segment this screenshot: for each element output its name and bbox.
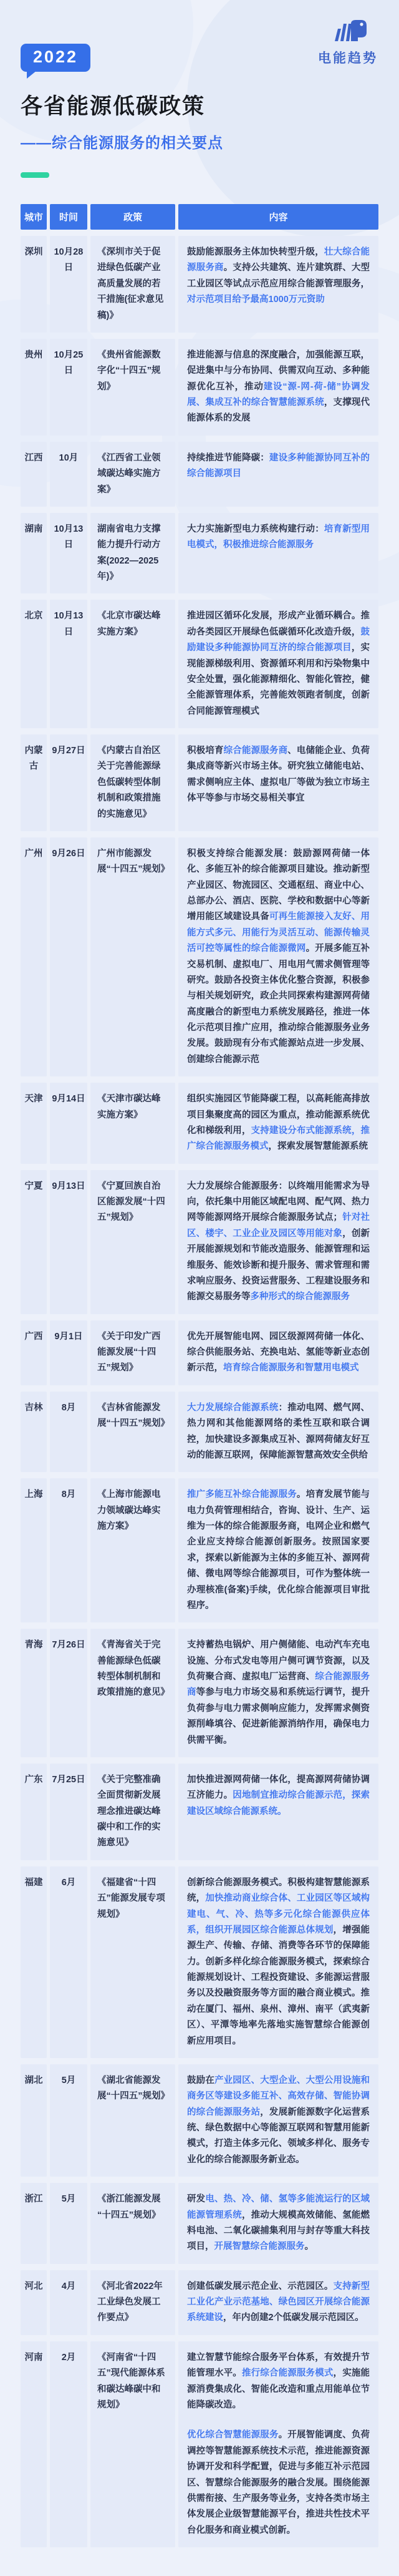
policy-cell: 《上海市能源电力领域碳达峰实施方案》 [90, 1478, 175, 1622]
policy-cell: 《湖北省能源发展“十四五”规划》 [90, 2064, 175, 2177]
body-text: ，年内创建2个低碳发展示范园区。 [223, 2313, 364, 2323]
content-paragraph: 加快推进源网荷储一体化，提高源网荷储协调互济能力。因地制宜推动综合能源示范，探索… [187, 1772, 370, 1820]
body-text: ，实现能源梯级利用、资源循环利用和污染物集中安全处置，强化能源精细化、智能化管控… [187, 643, 370, 716]
table-row: 福建6月《福建省“十四五”能源发展专项规划》创新综合能源服务模式。积极构建智慧能… [21, 1866, 378, 2058]
table-row: 宁夏9月13日《宁夏回族自治区能源发展“十四五”规划》大力发展综合能源服务：以终… [21, 1170, 378, 1314]
content-cell: 组织实施园区节能降碳工程，以高耗能高排放项目集聚度高的园区为重点，推动能源系统优… [178, 1083, 378, 1164]
policy-cell: 《河北省2022年工业绿色发展工作要点》 [90, 2270, 175, 2335]
content-paragraph: 优化综合智慧能源服务。开展智能调度、负荷调控等智慧能源系统技术示范，推进能源资源… [187, 2427, 370, 2539]
policy-cell: 《河南省“十四五”现代能源体系和碳达峰碳中和规划》 [90, 2341, 175, 2547]
policy-cell: 《深圳市关于促进绿色低碳产业高质量发展的若干措施(征求意见稿)》 [90, 236, 175, 333]
city-cell: 湖北 [21, 2064, 47, 2177]
date-cell: 10月 [50, 442, 87, 507]
table-row: 内蒙古9月27日《内蒙古自治区关于完善能源绿色低碳转型体制机制和政策措施的实施意… [21, 734, 378, 831]
content-paragraph: 大力发展综合能源系统：推动电网、燃气网、热力网和其他能源网络的柔性互联和联合调控… [187, 1400, 370, 1464]
city-cell: 贵州 [21, 339, 47, 436]
body-text: 鼓励在 [187, 2076, 214, 2086]
content-paragraph: 推广多能互补综合能源服务。培育发展节能与电力负荷管理相结合，咨询、设计、生产、运… [187, 1487, 370, 1614]
table-row: 上海8月《上海市能源电力领域碳达峰实施方案》推广多能互补综合能源服务。培育发展节… [21, 1478, 378, 1622]
date-cell: 4月 [50, 2270, 87, 2335]
body-text: 积极培育 [187, 746, 224, 756]
content-cell: 大力发展综合能源系统：推动电网、燃气网、热力网和其他能源网络的柔性互联和联合调控… [178, 1392, 378, 1473]
content-cell: 创新综合能源服务模式。积极构建智慧能源系统，加快推动商业综合体、工业园区等区域构… [178, 1866, 378, 2058]
highlighted-text: 推广多能互补综合能源服务 [187, 1490, 297, 1500]
content-cell: 积极培育综合能源服务商、电储能企业、负荷集成商等新兴市场主体。研究独立储能电站、… [178, 734, 378, 831]
highlighted-text: 开展智慧综合能源服务 [214, 2242, 305, 2252]
content-cell: 加快推进源网荷储一体化，提高源网荷储协调互济能力。因地制宜推动综合能源示范，探索… [178, 1764, 378, 1860]
content-cell: 优先开展智能电网、园区级源网荷储一体化、综合供能服务站、充换电站、氢能等新业态创… [178, 1320, 378, 1385]
table-row: 浙江5月《浙江能源发展 “十四五”规划》研发电、热、冷、储、氢等多能流运行的区域… [21, 2183, 378, 2264]
body-text: 积极支持综合能源发展：鼓励源网荷储一体化、多能互补的综合能源项目建设。推动新型产… [187, 849, 370, 922]
city-cell: 广西 [21, 1320, 47, 1385]
content-paragraph: 大力发展综合能源服务：以终端用能需求为导向，依托集中用能区域配电网、配气网、热力… [187, 1179, 370, 1305]
policy-cell: 《天津市碳达峰实施方案》 [90, 1083, 175, 1164]
content-paragraph: 研发电、热、冷、储、氢等多能流运行的区域能源管理系统，推动大规模高效储能、氢能燃… [187, 2192, 370, 2255]
policy-cell: 《关于完整准确全面贯彻新发展理念推进碳达峰碳中和工作的实施意见》 [90, 1764, 175, 1860]
table-row: 河北4月《河北省2022年工业绿色发展工作要点》创建低碳发展示范企业、示范园区。… [21, 2270, 378, 2335]
page-title: 各省能源低碳政策 [21, 89, 305, 120]
policy-cell: 《关于印发广西能源发展“十四五”规划》 [90, 1320, 175, 1385]
highlighted-text: 对示范项目给予最高1000万元资助 [187, 295, 325, 305]
year-badge: 2022 [21, 44, 90, 72]
date-cell: 2月 [50, 2341, 87, 2547]
body-text: 鼓励能源服务主体加快转型升级， [187, 247, 324, 257]
table-row: 广西9月1日《关于印发广西能源发展“十四五”规划》优先开展智能电网、园区级源网荷… [21, 1320, 378, 1385]
highlighted-text: 培育综合能源服务和智慧用电模式 [223, 1363, 359, 1373]
green-accent-bar [21, 172, 49, 178]
content-paragraph: 鼓励能源服务主体加快转型升级，壮大综合能源服务商。支持公共建筑、连片建筑群、大型… [187, 245, 370, 308]
policy-cell: 《北京市碳达峰实施方案》 [90, 600, 175, 728]
table-body: 深圳10月28日《深圳市关于促进绿色低碳产业高质量发展的若干措施(征求意见稿)》… [21, 236, 378, 2547]
table-row: 湖北5月《湖北省能源发展“十四五”规划》鼓励在产业园区、大型企业、大型公用设施和… [21, 2064, 378, 2177]
content-paragraph: 鼓励在产业园区、大型企业、大型公用设施和商务区等建设多能互补、高效存储、智能协调… [187, 2073, 370, 2168]
content-cell: 支持蓄热电锅炉、用户侧储能、电动汽车充电设施、分布式发电等用户侧可调节资源，以及… [178, 1629, 378, 1757]
body-text: 。培育发展节能与电力负荷管理相结合，咨询、设计、生产、运维为一体的综合能源服务商… [187, 1490, 370, 1611]
body-text: 创建低碳发展示范企业、示范园区。 [187, 2281, 334, 2291]
content-paragraph: 持续推进节能降碳：建设多种能源协同互补的综合能源项目 [187, 451, 370, 482]
highlighted-text: 推行综合能源服务模式 [242, 2368, 334, 2378]
body-text: 研发 [187, 2194, 205, 2204]
content-paragraph: 优先开展智能电网、园区级源网荷储一体化、综合供能服务站、充换电站、氢能等新业态创… [187, 1329, 370, 1377]
policy-cell: 《福建省“十四五”能源发展专项规划》 [90, 1866, 175, 2058]
city-cell: 天津 [21, 1083, 47, 1164]
date-cell: 5月 [50, 2064, 87, 2177]
date-cell: 7月25日 [50, 1764, 87, 1860]
body-text: 。 [305, 2242, 314, 2252]
content-paragraph: 积极支持综合能源发展：鼓励源网荷储一体化、多能互补的综合能源项目建设。推动新型产… [187, 846, 370, 1068]
content-paragraph: 创建低碳发展示范企业、示范园区。支持新型工业化产业示范基地、绿色园区开展综合能源… [187, 2279, 370, 2326]
content-paragraph: 推进园区循环化发展，形成产业循环耦合。推动各类园区开展绿色低碳循环化改造升级，鼓… [187, 608, 370, 720]
policy-table: 城市时间政策内容 深圳10月28日《深圳市关于促进绿色低碳产业高质量发展的若干措… [21, 204, 378, 2547]
highlighted-text: 大力发展综合能源系统 [187, 1403, 279, 1413]
table-row: 河南2月《河南省“十四五”现代能源体系和碳达峰碳中和规划》建立智慧节能综合服务平… [21, 2341, 378, 2547]
city-cell: 河北 [21, 2270, 47, 2335]
date-cell: 5月 [50, 2183, 87, 2264]
date-cell: 9月14日 [50, 1083, 87, 1164]
city-cell: 福建 [21, 1866, 47, 2058]
table-row: 青海7月26日《青海省关于完善能源绿色低碳转型体制机制和政策措施的意见》支持蓄热… [21, 1629, 378, 1757]
city-cell: 吉林 [21, 1392, 47, 1473]
city-cell: 湖南 [21, 513, 47, 594]
body-text: 等参与电力市场交易和系统运行调节，提升负荷参与电力需求侧响应能力，发挥需求侧资源… [187, 1687, 370, 1745]
highlighted-text: 多种形式的综合能源服务 [251, 1292, 350, 1302]
policy-cell: 《江西省工业领域碳达峰实施方案》 [90, 442, 175, 507]
city-cell: 广东 [21, 1764, 47, 1860]
content-cell: 推广多能互补综合能源服务。培育发展节能与电力负荷管理相结合，咨询、设计、生产、运… [178, 1478, 378, 1622]
city-cell: 北京 [21, 600, 47, 728]
city-cell: 青海 [21, 1629, 47, 1757]
content-paragraph: 大力实施新型电力系统构建行动：培育新型用电模式，积极推进综合能源服务 [187, 522, 370, 554]
body-text: ，探索发展智慧能源系统 [269, 1141, 368, 1151]
date-cell: 8月 [50, 1392, 87, 1473]
table-row: 贵州10月25日《贵州省能源数字化“十四五”规划》推进能源与信息的深度融合，加强… [21, 339, 378, 436]
content-paragraph: 推进能源与信息的深度融合，加强能源互联，促进集中与分布协同、供需双向互动、多种能… [187, 348, 370, 427]
date-cell: 10月25日 [50, 339, 87, 436]
body-text: ，创新开展能源规划和节能改造服务、能源管理和运维服务、能效诊断和提升服务、需求管… [187, 1229, 370, 1302]
date-cell: 10月28日 [50, 236, 87, 333]
policy-cell: 《宁夏回族自治区能源发展“十四五”规划》 [90, 1170, 175, 1314]
content-cell: 创建低碳发展示范企业、示范园区。支持新型工业化产业示范基地、绿色园区开展综合能源… [178, 2270, 378, 2335]
table-row: 广州9月26日广州市能源发展“十四五”规划》积极支持综合能源发展：鼓励源网荷储一… [21, 837, 378, 1076]
city-cell: 宁夏 [21, 1170, 47, 1314]
content-cell: 大力发展综合能源服务：以终端用能需求为导向，依托集中用能区域配电网、配气网、热力… [178, 1170, 378, 1314]
content-cell: 推进能源与信息的深度融合，加强能源互联，促进集中与分布协同、供需双向互动、多种能… [178, 339, 378, 436]
city-cell: 广州 [21, 837, 47, 1076]
content-cell: 推进园区循环化发展，形成产业循环耦合。推动各类园区开展绿色低碳循环化改造升级，鼓… [178, 600, 378, 728]
content-paragraph: 组织实施园区节能降碳工程，以高耗能高排放项目集聚度高的园区为重点，推动能源系统优… [187, 1091, 370, 1155]
date-cell: 9月1日 [50, 1320, 87, 1385]
policy-cell: 《青海省关于完善能源绿色低碳转型体制机制和政策措施的意见》 [90, 1629, 175, 1757]
table-row: 北京10月13日《北京市碳达峰实施方案》推进园区循环化发展，形成产业循环耦合。推… [21, 600, 378, 728]
highlighted-text: 综合能源服务商 [224, 746, 288, 756]
date-cell: 8月 [50, 1478, 87, 1622]
city-cell: 江西 [21, 442, 47, 507]
content-cell: 大力实施新型电力系统构建行动：培育新型用电模式，积极推进综合能源服务 [178, 513, 378, 594]
city-cell: 深圳 [21, 236, 47, 333]
content-cell: 鼓励在产业园区、大型企业、大型公用设施和商务区等建设多能互补、高效存储、智能协调… [178, 2064, 378, 2177]
body-text: 推进园区循环化发展，形成产业循环耦合。推动各类园区开展绿色低碳循环化改造升级， [187, 611, 370, 637]
body-text: 。开展多能互补交易机制、虚拟电厂、用电用气需求侧管理等研究。鼓励各投资主体优化整… [187, 944, 370, 1065]
policy-cell: 《吉林省能源发展“十四五”规划》 [90, 1392, 175, 1473]
content-cell: 鼓励能源服务主体加快转型升级，壮大综合能源服务商。支持公共建筑、连片建筑群、大型… [178, 236, 378, 333]
content-cell: 持续推进节能降碳：建设多种能源协同互补的综合能源项目 [178, 442, 378, 507]
policy-cell: 《内蒙古自治区关于完善能源绿色低碳转型体制机制和政策措施的实施意见》 [90, 734, 175, 831]
content-cell: 积极支持综合能源发展：鼓励源网荷储一体化、多能互补的综合能源项目建设。推动新型产… [178, 837, 378, 1076]
date-cell: 9月27日 [50, 734, 87, 831]
column-header: 内容 [178, 204, 378, 230]
policy-cell: 湖南省电力支撑能力提升行动方案(2022—2025年)》 [90, 513, 175, 594]
table-row: 广东7月25日《关于完整准确全面贯彻新发展理念推进碳达峰碳中和工作的实施意见》加… [21, 1764, 378, 1860]
column-header: 时间 [50, 204, 87, 230]
content-paragraph: 支持蓄热电锅炉、用户侧储能、电动汽车充电设施、分布式发电等用户侧可调节资源，以及… [187, 1637, 370, 1749]
body-text: 大力实施新型电力系统构建行动： [187, 524, 324, 534]
date-cell: 9月26日 [50, 837, 87, 1076]
content-paragraph: 积极培育综合能源服务商、电储能企业、负荷集成商等新兴市场主体。研究独立储能电站、… [187, 743, 370, 807]
city-cell: 河南 [21, 2341, 47, 2547]
city-cell: 内蒙古 [21, 734, 47, 831]
policy-cell: 广州市能源发展“十四五”规划》 [90, 837, 175, 1076]
policy-cell: 《贵州省能源数字化“十四五”规划》 [90, 339, 175, 436]
highlighted-text: 优化综合智慧能源服务 [187, 2430, 279, 2440]
body-text: 。开展智能调度、负荷调控等智慧能源系统技术示范，推进能源资源协调开发和科学配置，… [187, 2430, 370, 2535]
content-cell: 建立智慧节能综合服务平台体系，有效提升节能管理水平。推行综合能源服务模式，实施能… [178, 2341, 378, 2547]
table-row: 江西10月《江西省工业领域碳达峰实施方案》持续推进节能降碳：建设多种能源协同互补… [21, 442, 378, 507]
table-header: 城市时间政策内容 [21, 204, 378, 230]
content-paragraph: 创新综合能源服务模式。积极构建智慧能源系统，加快推动商业综合体、工业园区等区域构… [187, 1875, 370, 2049]
date-cell: 10月13日 [50, 600, 87, 728]
table-row: 湖南10月13日湖南省电力支撑能力提升行动方案(2022—2025年)》大力实施… [21, 513, 378, 594]
body-text: ，增强能源生产、传输、存储、消费等各环节的保障能力。创新多样化综合能源服务模式，… [187, 1925, 370, 2046]
content-paragraph: 建立智慧节能综合服务平台体系，有效提升节能管理水平。推行综合能源服务模式，实施能… [187, 2350, 370, 2414]
city-cell: 上海 [21, 1478, 47, 1622]
column-header: 城市 [21, 204, 47, 230]
page-subtitle: ——综合能源服务的相关要点 [21, 130, 305, 152]
city-cell: 浙江 [21, 2183, 47, 2264]
content-cell: 研发电、热、冷、储、氢等多能流运行的区域能源管理系统，推动大规模高效储能、氢能燃… [178, 2183, 378, 2264]
date-cell: 7月26日 [50, 1629, 87, 1757]
header-section: 2022 各省能源低碳政策 ——综合能源服务的相关要点 [0, 0, 399, 178]
body-text: 持续推进节能降碳： [187, 453, 269, 463]
table-row: 深圳10月28日《深圳市关于促进绿色低碳产业高质量发展的若干措施(征求意见稿)》… [21, 236, 378, 333]
date-cell: 10月13日 [50, 513, 87, 594]
table-row: 天津9月14日《天津市碳达峰实施方案》组织实施园区节能降碳工程，以高耗能高排放项… [21, 1083, 378, 1164]
date-cell: 6月 [50, 1866, 87, 2058]
date-cell: 9月13日 [50, 1170, 87, 1314]
policy-cell: 《浙江能源发展 “十四五”规划》 [90, 2183, 175, 2264]
infographic-page: 电能趋势 2022 各省能源低碳政策 ——综合能源服务的相关要点 城市时间政策内… [0, 0, 399, 2576]
table-row: 吉林8月《吉林省能源发展“十四五”规划》大力发展综合能源系统：推动电网、燃气网、… [21, 1392, 378, 1473]
column-header: 政策 [90, 204, 175, 230]
